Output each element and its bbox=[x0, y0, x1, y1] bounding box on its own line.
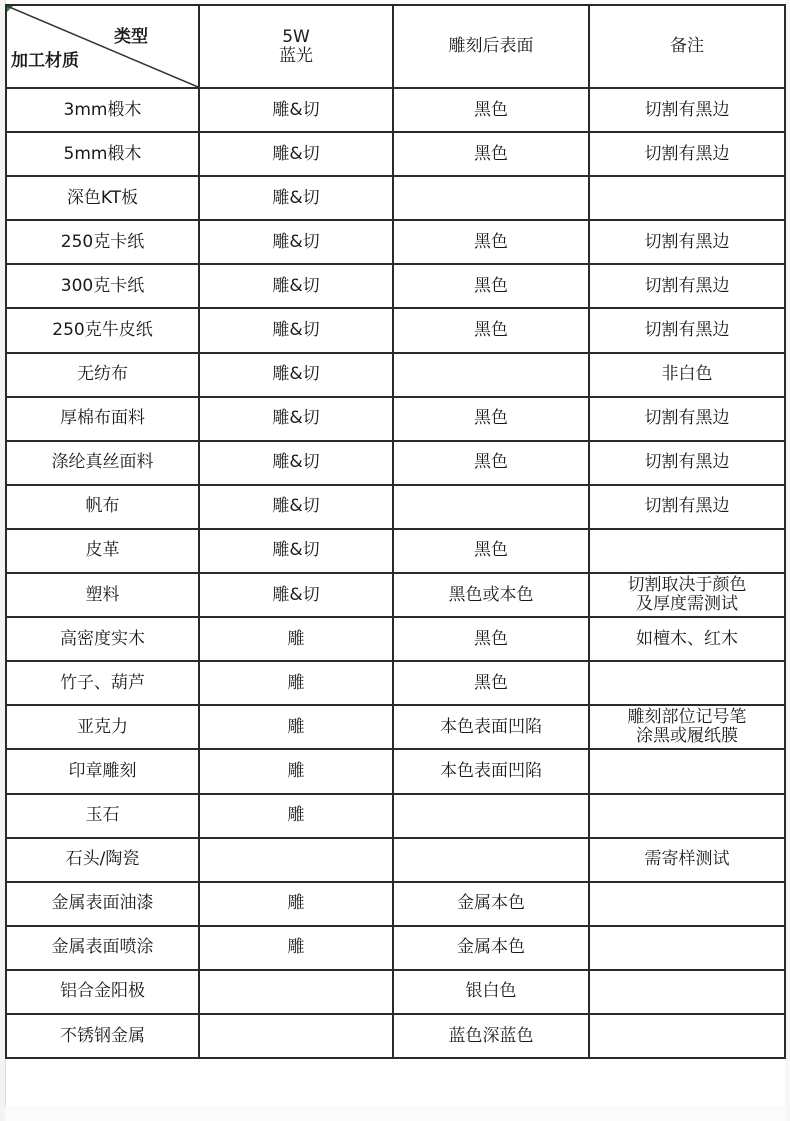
surface-result-cell[interactable]: 本色表面凹陷 bbox=[393, 705, 589, 749]
table-row: 竹子、葫芦雕黑色 bbox=[6, 661, 785, 705]
surface-result-cell[interactable]: 黑色 bbox=[393, 88, 589, 132]
process-mode-cell[interactable]: 雕&切 bbox=[199, 88, 393, 132]
material-cell[interactable]: 厚棉布面料 bbox=[6, 397, 199, 441]
process-mode-cell[interactable]: 雕&切 bbox=[199, 353, 393, 397]
surface-result-cell[interactable]: 黑色 bbox=[393, 132, 589, 176]
notes-cell[interactable]: 切割有黑边 bbox=[589, 397, 785, 441]
header-type-label: 类型 bbox=[114, 28, 148, 47]
table-row: 250克牛皮纸雕&切黑色切割有黑边 bbox=[6, 308, 785, 352]
material-cell[interactable]: 深色KT板 bbox=[6, 176, 199, 220]
table-row: 亚克力雕本色表面凹陷雕刻部位记号笔涂黑或履纸膜 bbox=[6, 705, 785, 749]
notes-cell[interactable]: 需寄样测试 bbox=[589, 838, 785, 882]
table-row: 3mm椴木雕&切黑色切割有黑边 bbox=[6, 88, 785, 132]
header-notes-cell[interactable]: 备注 bbox=[589, 5, 785, 88]
process-mode-cell[interactable]: 雕&切 bbox=[199, 176, 393, 220]
table-row: 不锈钢金属蓝色深蓝色 bbox=[6, 1014, 785, 1058]
notes-cell[interactable]: 雕刻部位记号笔涂黑或履纸膜 bbox=[589, 705, 785, 749]
process-mode-cell[interactable]: 雕&切 bbox=[199, 308, 393, 352]
header-laser-type: 蓝光 bbox=[200, 47, 392, 66]
material-cell[interactable]: 高密度实木 bbox=[6, 617, 199, 661]
surface-result-cell[interactable]: 黑色 bbox=[393, 529, 589, 573]
material-cell[interactable]: 帆布 bbox=[6, 485, 199, 529]
surface-result-cell[interactable]: 黑色 bbox=[393, 661, 589, 705]
notes-cell[interactable]: 切割有黑边 bbox=[589, 220, 785, 264]
material-cell[interactable]: 金属表面喷涂 bbox=[6, 926, 199, 970]
process-mode-cell[interactable]: 雕&切 bbox=[199, 220, 393, 264]
notes-cell[interactable] bbox=[589, 529, 785, 573]
material-cell[interactable]: 250克牛皮纸 bbox=[6, 308, 199, 352]
notes-cell[interactable]: 切割有黑边 bbox=[589, 132, 785, 176]
surface-result-cell[interactable]: 黑色 bbox=[393, 220, 589, 264]
process-mode-cell[interactable]: 雕&切 bbox=[199, 573, 393, 617]
notes-cell[interactable] bbox=[589, 794, 785, 838]
table-row: 玉石雕 bbox=[6, 794, 785, 838]
notes-cell-line1: 切割取决于颜色 bbox=[590, 576, 784, 595]
header-laser-power: 5W bbox=[200, 28, 392, 47]
table-row: 250克卡纸雕&切黑色切割有黑边 bbox=[6, 220, 785, 264]
process-mode-cell[interactable]: 雕 bbox=[199, 749, 393, 793]
material-cell[interactable]: 石头/陶瓷 bbox=[6, 838, 199, 882]
material-cell[interactable]: 金属表面油漆 bbox=[6, 882, 199, 926]
notes-cell-line2: 及厚度需测试 bbox=[590, 595, 784, 614]
diagonal-line-icon bbox=[7, 6, 198, 87]
diagonal-header-cell[interactable]: 类型 加工材质 bbox=[6, 5, 199, 88]
notes-cell[interactable] bbox=[589, 749, 785, 793]
surface-result-cell[interactable]: 蓝色深蓝色 bbox=[393, 1014, 589, 1058]
process-mode-cell[interactable]: 雕 bbox=[199, 661, 393, 705]
surface-result-cell[interactable]: 黑色 bbox=[393, 441, 589, 485]
process-mode-cell[interactable]: 雕 bbox=[199, 705, 393, 749]
surface-result-cell[interactable]: 金属本色 bbox=[393, 926, 589, 970]
notes-cell[interactable] bbox=[589, 882, 785, 926]
notes-cell[interactable]: 切割有黑边 bbox=[589, 264, 785, 308]
material-cell[interactable]: 竹子、葫芦 bbox=[6, 661, 199, 705]
notes-cell-line2: 涂黑或履纸膜 bbox=[590, 727, 784, 746]
process-mode-cell[interactable] bbox=[199, 1014, 393, 1058]
notes-cell[interactable]: 切割有黑边 bbox=[589, 88, 785, 132]
notes-cell-line1: 雕刻部位记号笔 bbox=[590, 708, 784, 727]
process-mode-cell[interactable]: 雕&切 bbox=[199, 441, 393, 485]
surface-result-cell[interactable] bbox=[393, 838, 589, 882]
notes-cell[interactable]: 切割取决于颜色及厚度需测试 bbox=[589, 573, 785, 617]
table-row: 涤纶真丝面料雕&切黑色切割有黑边 bbox=[6, 441, 785, 485]
material-cell[interactable]: 250克卡纸 bbox=[6, 220, 199, 264]
process-mode-cell[interactable] bbox=[199, 970, 393, 1014]
table-row: 5mm椴木雕&切黑色切割有黑边 bbox=[6, 132, 785, 176]
material-cell[interactable]: 涤纶真丝面料 bbox=[6, 441, 199, 485]
notes-cell[interactable]: 切割有黑边 bbox=[589, 441, 785, 485]
material-cell[interactable]: 3mm椴木 bbox=[6, 88, 199, 132]
table-row: 印章雕刻雕本色表面凹陷 bbox=[6, 749, 785, 793]
surface-result-cell[interactable]: 黑色 bbox=[393, 397, 589, 441]
table-row: 帆布雕&切切割有黑边 bbox=[6, 485, 785, 529]
notes-cell[interactable] bbox=[589, 176, 785, 220]
notes-cell[interactable]: 切割有黑边 bbox=[589, 308, 785, 352]
header-laser-cell[interactable]: 5W 蓝光 bbox=[199, 5, 393, 88]
notes-cell[interactable]: 非白色 bbox=[589, 353, 785, 397]
material-cell[interactable]: 不锈钢金属 bbox=[6, 1014, 199, 1058]
table-row: 无纺布雕&切非白色 bbox=[6, 353, 785, 397]
surface-result-cell[interactable]: 黑色或本色 bbox=[393, 573, 589, 617]
notes-cell[interactable]: 如檀木、红木 bbox=[589, 617, 785, 661]
empty-sheet-area bbox=[5, 1106, 785, 1121]
material-cell[interactable]: 塑料 bbox=[6, 573, 199, 617]
process-mode-cell[interactable] bbox=[199, 838, 393, 882]
material-cell[interactable]: 皮革 bbox=[6, 529, 199, 573]
process-mode-cell[interactable]: 雕 bbox=[199, 794, 393, 838]
header-surface-cell[interactable]: 雕刻后表面 bbox=[393, 5, 589, 88]
surface-result-cell[interactable]: 黑色 bbox=[393, 308, 589, 352]
material-cell[interactable]: 铝合金阳极 bbox=[6, 970, 199, 1014]
material-cell[interactable]: 亚克力 bbox=[6, 705, 199, 749]
header-row: 类型 加工材质 5W 蓝光 雕刻后表面 备注 bbox=[6, 5, 785, 88]
surface-result-cell[interactable]: 金属本色 bbox=[393, 882, 589, 926]
table-row: 皮革雕&切黑色 bbox=[6, 529, 785, 573]
process-mode-cell[interactable]: 雕 bbox=[199, 926, 393, 970]
material-compatibility-table: 类型 加工材质 5W 蓝光 雕刻后表面 备注 3mm椴木雕&切黑色切割有黑边5m… bbox=[5, 4, 786, 1059]
notes-cell[interactable]: 切割有黑边 bbox=[589, 485, 785, 529]
surface-result-cell[interactable] bbox=[393, 485, 589, 529]
surface-result-cell[interactable]: 黑色 bbox=[393, 264, 589, 308]
notes-cell[interactable] bbox=[589, 661, 785, 705]
surface-result-cell[interactable] bbox=[393, 353, 589, 397]
notes-cell[interactable] bbox=[589, 970, 785, 1014]
table-row: 300克卡纸雕&切黑色切割有黑边 bbox=[6, 264, 785, 308]
table-row: 铝合金阳极银白色 bbox=[6, 970, 785, 1014]
material-cell[interactable]: 印章雕刻 bbox=[6, 749, 199, 793]
surface-result-cell[interactable] bbox=[393, 176, 589, 220]
table-row: 厚棉布面料雕&切黑色切割有黑边 bbox=[6, 397, 785, 441]
table-row: 塑料雕&切黑色或本色切割取决于颜色及厚度需测试 bbox=[6, 573, 785, 617]
material-cell[interactable]: 5mm椴木 bbox=[6, 132, 199, 176]
process-mode-cell[interactable]: 雕&切 bbox=[199, 264, 393, 308]
notes-cell[interactable] bbox=[589, 926, 785, 970]
table-row: 石头/陶瓷需寄样测试 bbox=[6, 838, 785, 882]
process-mode-cell[interactable]: 雕&切 bbox=[199, 132, 393, 176]
header-material-label: 加工材质 bbox=[11, 52, 79, 71]
surface-result-cell[interactable]: 黑色 bbox=[393, 617, 589, 661]
table-row: 高密度实木雕黑色如檀木、红木 bbox=[6, 617, 785, 661]
surface-result-cell[interactable]: 本色表面凹陷 bbox=[393, 749, 589, 793]
process-mode-cell[interactable]: 雕&切 bbox=[199, 397, 393, 441]
process-mode-cell[interactable]: 雕&切 bbox=[199, 485, 393, 529]
table-row: 深色KT板雕&切 bbox=[6, 176, 785, 220]
table-row: 金属表面油漆雕金属本色 bbox=[6, 882, 785, 926]
material-cell[interactable]: 无纺布 bbox=[6, 353, 199, 397]
material-cell[interactable]: 玉石 bbox=[6, 794, 199, 838]
material-cell[interactable]: 300克卡纸 bbox=[6, 264, 199, 308]
notes-cell[interactable] bbox=[589, 1014, 785, 1058]
process-mode-cell[interactable]: 雕 bbox=[199, 882, 393, 926]
surface-result-cell[interactable] bbox=[393, 794, 589, 838]
process-mode-cell[interactable]: 雕 bbox=[199, 617, 393, 661]
process-mode-cell[interactable]: 雕&切 bbox=[199, 529, 393, 573]
surface-result-cell[interactable]: 银白色 bbox=[393, 970, 589, 1014]
table-row: 金属表面喷涂雕金属本色 bbox=[6, 926, 785, 970]
